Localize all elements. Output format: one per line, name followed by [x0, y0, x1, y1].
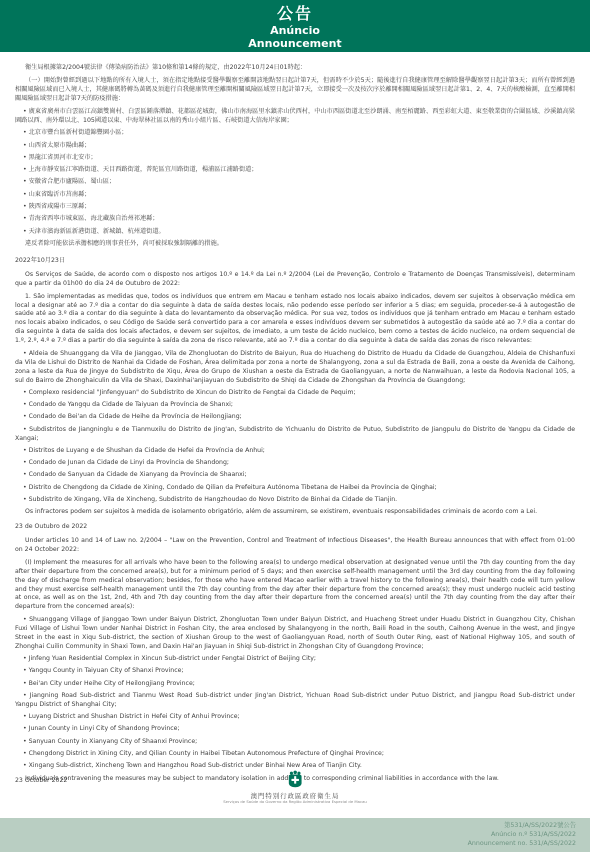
pt-location-item: Condado de Junan da Cidade de Linyi da P…	[15, 459, 575, 468]
reference-bar: 第531/A/SS/2022號公告 Anúncio n.º 531/A/SS/2…	[0, 818, 590, 852]
pt-location-item: Distrito de Chengdong da Cidade de Xinin…	[15, 484, 575, 493]
zh-location-item: 山東省臨沂市莒南縣；	[15, 191, 575, 200]
pt-location-item: Subdistrito de Xingang, Vila de Xincheng…	[15, 496, 575, 505]
pt-location-item: Complexo residencial "Jinfengyuan" do Su…	[15, 389, 575, 398]
page-title-en: Announcement	[0, 37, 590, 50]
zh-location-item: 山西省太原市陽曲縣；	[15, 142, 575, 151]
zh-date: 2022年10月23日	[15, 255, 575, 264]
en-location-list: Shuanggang Village of Jianggao Town unde…	[15, 616, 575, 771]
pt-intro-paragraph: Os Serviços de Saúde, de acordo com o di…	[15, 271, 575, 289]
en-location-item: Junan County in Linyi City of Shandong P…	[15, 725, 575, 734]
reference-number-en: Announcement no. 531/A/SS/2022	[0, 840, 576, 849]
zh-location-item: 陝西省咸陽市三原縣；	[15, 203, 575, 212]
zh-location-item: 廣東省廣州市白雲區江高鎮雙崗村、白雲區鍾落潭鎮、花都區花城街，佛山市南海區里水鎮…	[15, 108, 575, 126]
zh-penalty-paragraph: 違反者除可能依法承擔相應的刑事責任外，尚可被採取強制隔離的措施。	[15, 240, 575, 249]
footer-signature-row: 23 October 2022 澳門特別行政區政府衛生局	[0, 770, 590, 818]
section-chinese: 衛生局根據第2/2004號法律《傳染病防治法》第10條和第14條的規定，由202…	[15, 64, 575, 264]
issuer-name-pt: Serviços de Saúde do Governo da Região A…	[223, 800, 367, 805]
pt-date: 23 de Outubro de 2022	[15, 523, 575, 530]
en-location-item: Chengdong District in Xining City, and Q…	[15, 750, 575, 759]
health-bureau-emblem-icon	[286, 770, 304, 792]
pt-penalty-paragraph: Os infractores podem ser sujeitos à medi…	[15, 508, 575, 517]
page-title-pt: Anúncio	[0, 24, 590, 37]
en-location-item: Yangqu County in Taiyuan City of Shanxi …	[15, 667, 575, 676]
issuer-block: 澳門特別行政區政府衛生局 Serviços de Saúde do Govern…	[223, 770, 367, 805]
pt-location-item: Subdistritos de Jiangninglu e de Tianmux…	[15, 426, 575, 444]
zh-location-item: 安徽省合肥市廬陽區、蜀山區；	[15, 178, 575, 187]
zh-location-item: 天津市濱海新區新港街道、新城鎮、杭州道街道。	[15, 228, 575, 237]
reference-number-pt: Anúncio n.º 531/A/SS/2022	[0, 831, 576, 840]
en-location-item: Jinfeng Yuan Residential Complex in Xinc…	[15, 655, 575, 664]
en-measures-paragraph: (I) Implement the measures for all arriv…	[15, 559, 575, 612]
zh-location-item: 黑龍江省黑河市北安市；	[15, 154, 575, 163]
en-intro-paragraph: Under articles 10 and 14 of Law no. 2/20…	[15, 537, 575, 555]
en-location-item: Luyang District and Shushan District in …	[15, 713, 575, 722]
zh-location-item: 青海省西寧市城東區、海北藏族自治州祁連縣；	[15, 215, 575, 224]
header-banner: 公告 Anúncio Announcement	[0, 0, 590, 52]
reference-number-zh: 第531/A/SS/2022號公告	[0, 822, 576, 831]
zh-location-item: 上海市靜安區江寧路街道、天目西路街道，普陀區宜川路街道，楊浦區江浦路街道；	[15, 166, 575, 175]
pt-location-item: Condado de Bei'an da Cidade de Heihe da …	[15, 413, 575, 422]
pt-location-item: Aldeia de Shuanggang da Vila de Jianggao…	[15, 350, 575, 385]
announcement-page: 公告 Anúncio Announcement 衛生局根據第2/2004號法律《…	[0, 0, 590, 852]
document-body: 衛生局根據第2/2004號法律《傳染病防治法》第10條和第14條的規定，由202…	[0, 52, 590, 783]
zh-location-item: 北京市豐台區新村街道錦豐園小區；	[15, 129, 575, 138]
en-location-item: Jiangning Road Sub-district and Tianmu W…	[15, 692, 575, 710]
page-title-zh: 公告	[0, 4, 590, 24]
pt-location-item: Condado de Sanyuan da Cidade de Xianyang…	[15, 471, 575, 480]
zh-location-list: 廣東省廣州市白雲區江高鎮雙崗村、白雲區鍾落潭鎮、花都區花城街，佛山市南海區里水鎮…	[15, 108, 575, 236]
zh-measures-paragraph: （一）開始對曾經到過以下地點的所有入境人士，須在指定地點接受醫學觀察至離開該地點…	[15, 77, 575, 103]
en-location-item: Sanyuan County in Xianyang City of Shaan…	[15, 738, 575, 747]
pt-location-list: Aldeia de Shuanggang da Vila de Jianggao…	[15, 350, 575, 505]
reference-numbers: 第531/A/SS/2022號公告 Anúncio n.º 531/A/SS/2…	[0, 818, 590, 848]
zh-intro-paragraph: 衛生局根據第2/2004號法律《傳染病防治法》第10條和第14條的規定，由202…	[15, 64, 575, 73]
pt-location-item: Condado de Yangqu da Cidade de Taiyuan d…	[15, 401, 575, 410]
pt-measures-paragraph: 1. São implementadas as medidas que, tod…	[15, 293, 575, 346]
en-location-item: Bei'an City under Heihe City of Heilongj…	[15, 680, 575, 689]
pt-location-item: Distritos de Luyang e de Shushan da Cida…	[15, 447, 575, 456]
en-location-item: Shuanggang Village of Jianggao Town unde…	[15, 616, 575, 651]
section-portuguese: Os Serviços de Saúde, de acordo com o di…	[15, 271, 575, 530]
section-english: Under articles 10 and 14 of Law no. 2/20…	[15, 537, 575, 783]
en-date: 23 October 2022	[15, 777, 67, 784]
